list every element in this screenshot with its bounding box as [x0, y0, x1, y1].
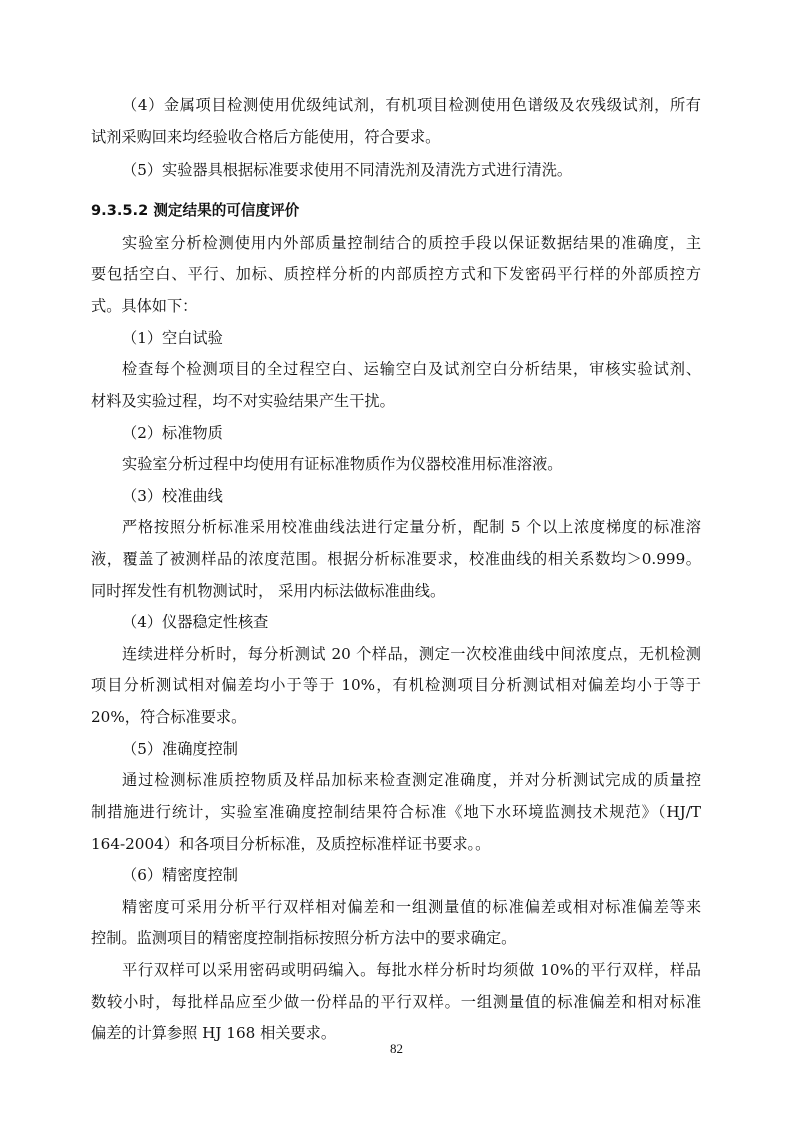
text-line: 通过检测标准质控物质及样品加标来检查测定准确度，并对分析测试完成的质量控: [122, 769, 701, 791]
text-line: 严格按照分析标准采用校准曲线法进行定量分析，配制 5 个以上浓度梯度的标准溶: [122, 516, 701, 538]
text-line: 实验室分析检测使用内外部质量控制结合的质控手段以保证数据结果的准确度，主: [122, 232, 701, 254]
text-line: 连续进样分析时，每分析测试 20 个样品，测定一次校准曲线中间浓度点，无机检测: [122, 643, 701, 665]
page-number: 82: [0, 1041, 793, 1057]
text-line: （5）准确度控制: [122, 738, 701, 760]
text-line: 液，覆盖了被测样品的浓度范围。根据分析标准要求，校准曲线的相关系数均＞0.999…: [91, 548, 701, 570]
text-line: 数较小时，每批样品应至少做一份样品的平行双样。一组测量值的标准偏差和相对标准: [91, 991, 701, 1013]
text-line: 同时挥发性有机物测试时， 采用内标法做标准曲线。: [91, 580, 701, 602]
text-line: （6）精密度控制: [122, 864, 701, 886]
text-line: 制措施进行统计，实验室准确度控制结果符合标准《地下水环境监测技术规范》（HJ/T: [91, 801, 701, 823]
text-line: （2）标准物质: [122, 422, 701, 444]
text-line: 检查每个检测项目的全过程空白、运输空白及试剂空白分析结果，审核实验试剂、: [122, 358, 701, 380]
section-heading: 9.3.5.2 测定结果的可信度评价: [91, 200, 701, 222]
text-line: 项目分析测试相对偏差均小于等于 10%，有机检测项目分析测试相对偏差均小于等于: [91, 674, 701, 696]
text-line: （4）仪器稳定性核查: [122, 611, 701, 633]
text-line: （1）空白试验: [122, 327, 701, 349]
text-line: （5）实验器具根据标准要求使用不同清洗剂及清洗方式进行清洗。: [122, 159, 701, 181]
text-line: 164-2004）和各项目分析标准，及质控标准样证书要求。。: [91, 833, 701, 855]
text-line: （4）金属项目检测使用优级纯试剂，有机项目检测使用色谱级及农残级试剂，所有: [122, 94, 701, 116]
text-line: 20%，符合标准要求。: [91, 706, 701, 728]
text-line: 平行双样可以采用密码或明码编入。每批水样分析时均须做 10%的平行双样，样品: [122, 959, 701, 981]
text-line: 试剂采购回来均经验收合格后方能使用，符合要求。: [91, 126, 701, 148]
text-line: 要包括空白、平行、加标、质控样分析的内部质控方式和下发密码平行样的外部质控方: [91, 263, 701, 285]
text-line: 精密度可采用分析平行双样相对偏差和一组测量值的标准偏差或相对标准偏差等来: [122, 896, 701, 918]
text-line: （3）校准曲线: [122, 485, 701, 507]
text-line: 式。具体如下：: [91, 295, 701, 317]
text-line: 材料及实验过程，均不对实验结果产生干扰。: [91, 390, 701, 412]
text-line: 控制。监测项目的精密度控制指标按照分析方法中的要求确定。: [91, 927, 701, 949]
text-line: 实验室分析过程中均使用有证标准物质作为仪器校准用标准溶液。: [122, 453, 701, 475]
